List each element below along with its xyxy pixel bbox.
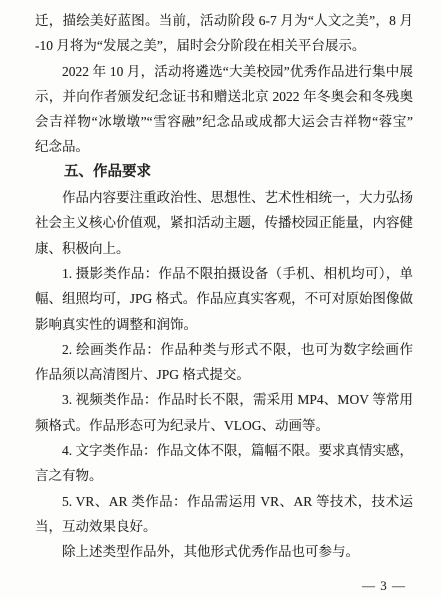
text-line: 当，互动效果良好。 <box>35 514 413 539</box>
text-line: 纪念品。 <box>35 134 413 159</box>
text-line: 示，并向作者颁发纪念证书和赠送北京 2022 年冬奥会和冬残奥 <box>35 84 413 109</box>
page-body: 迁，描绘美好蓝图。当前，活动阶段 6-7 月为“人文之美”，8 月 -10 月将… <box>35 8 413 565</box>
text-line: 1. 摄影类作品：作品不限拍摄设备（手机、相机均可），单 <box>35 261 413 286</box>
text-line: 除上述类型作品外，其他形式优秀作品也可参与。 <box>35 539 413 564</box>
text-line: 3. 视频类作品：作品时长不限，需采用 MP4、MOV 等常用视 <box>35 387 413 412</box>
text-line: 迁，描绘美好蓝图。当前，活动阶段 6-7 月为“人文之美”，8 月 <box>35 8 413 33</box>
text-line: 言之有物。 <box>35 463 413 488</box>
text-line: 5. VR、AR 类作品：作品需运用 VR、AR 等技术，技术运用得 <box>35 489 413 514</box>
text-line: 影响真实性的调整和润饰。 <box>35 312 413 337</box>
text-line: 频格式。作品形态可为纪录片、VLOG、动画等。 <box>35 413 413 438</box>
text-line: 4. 文字类作品：作品文体不限，篇幅不限。要求真情实感， <box>35 438 413 463</box>
document-page: 迁，描绘美好蓝图。当前，活动阶段 6-7 月为“人文之美”，8 月 -10 月将… <box>0 0 441 599</box>
page-number: — 3 — <box>362 578 406 594</box>
section-heading: 五、作品要求 <box>35 160 413 185</box>
text-line: 作品内容要注重政治性、思想性、艺术性相统一，大力弘扬 <box>35 185 413 210</box>
text-line: 2. 绘画类作品：作品种类与形式不限，也可为数字绘画作品。 <box>35 337 413 362</box>
text-line: 幅、组照均可，JPG 格式。作品应真实客观，不可对原始图像做 <box>35 286 413 311</box>
text-line: 康、积极向上。 <box>35 236 413 261</box>
text-line: 作品须以高清图片、JPG 格式提交。 <box>35 362 413 387</box>
text-line: 社会主义核心价值观，紧扣活动主题，传播校园正能量，内容健 <box>35 210 413 235</box>
text-line: 2022 年 10 月，活动将遴选“大美校园”优秀作品进行集中展 <box>35 59 413 84</box>
text-line: 会吉祥物“冰墩墩”“雪容融”纪念品或成都大运会吉祥物“蓉宝” <box>35 109 413 134</box>
text-line: -10 月将为“发展之美”，届时会分阶段在相关平台展示。 <box>35 33 413 58</box>
